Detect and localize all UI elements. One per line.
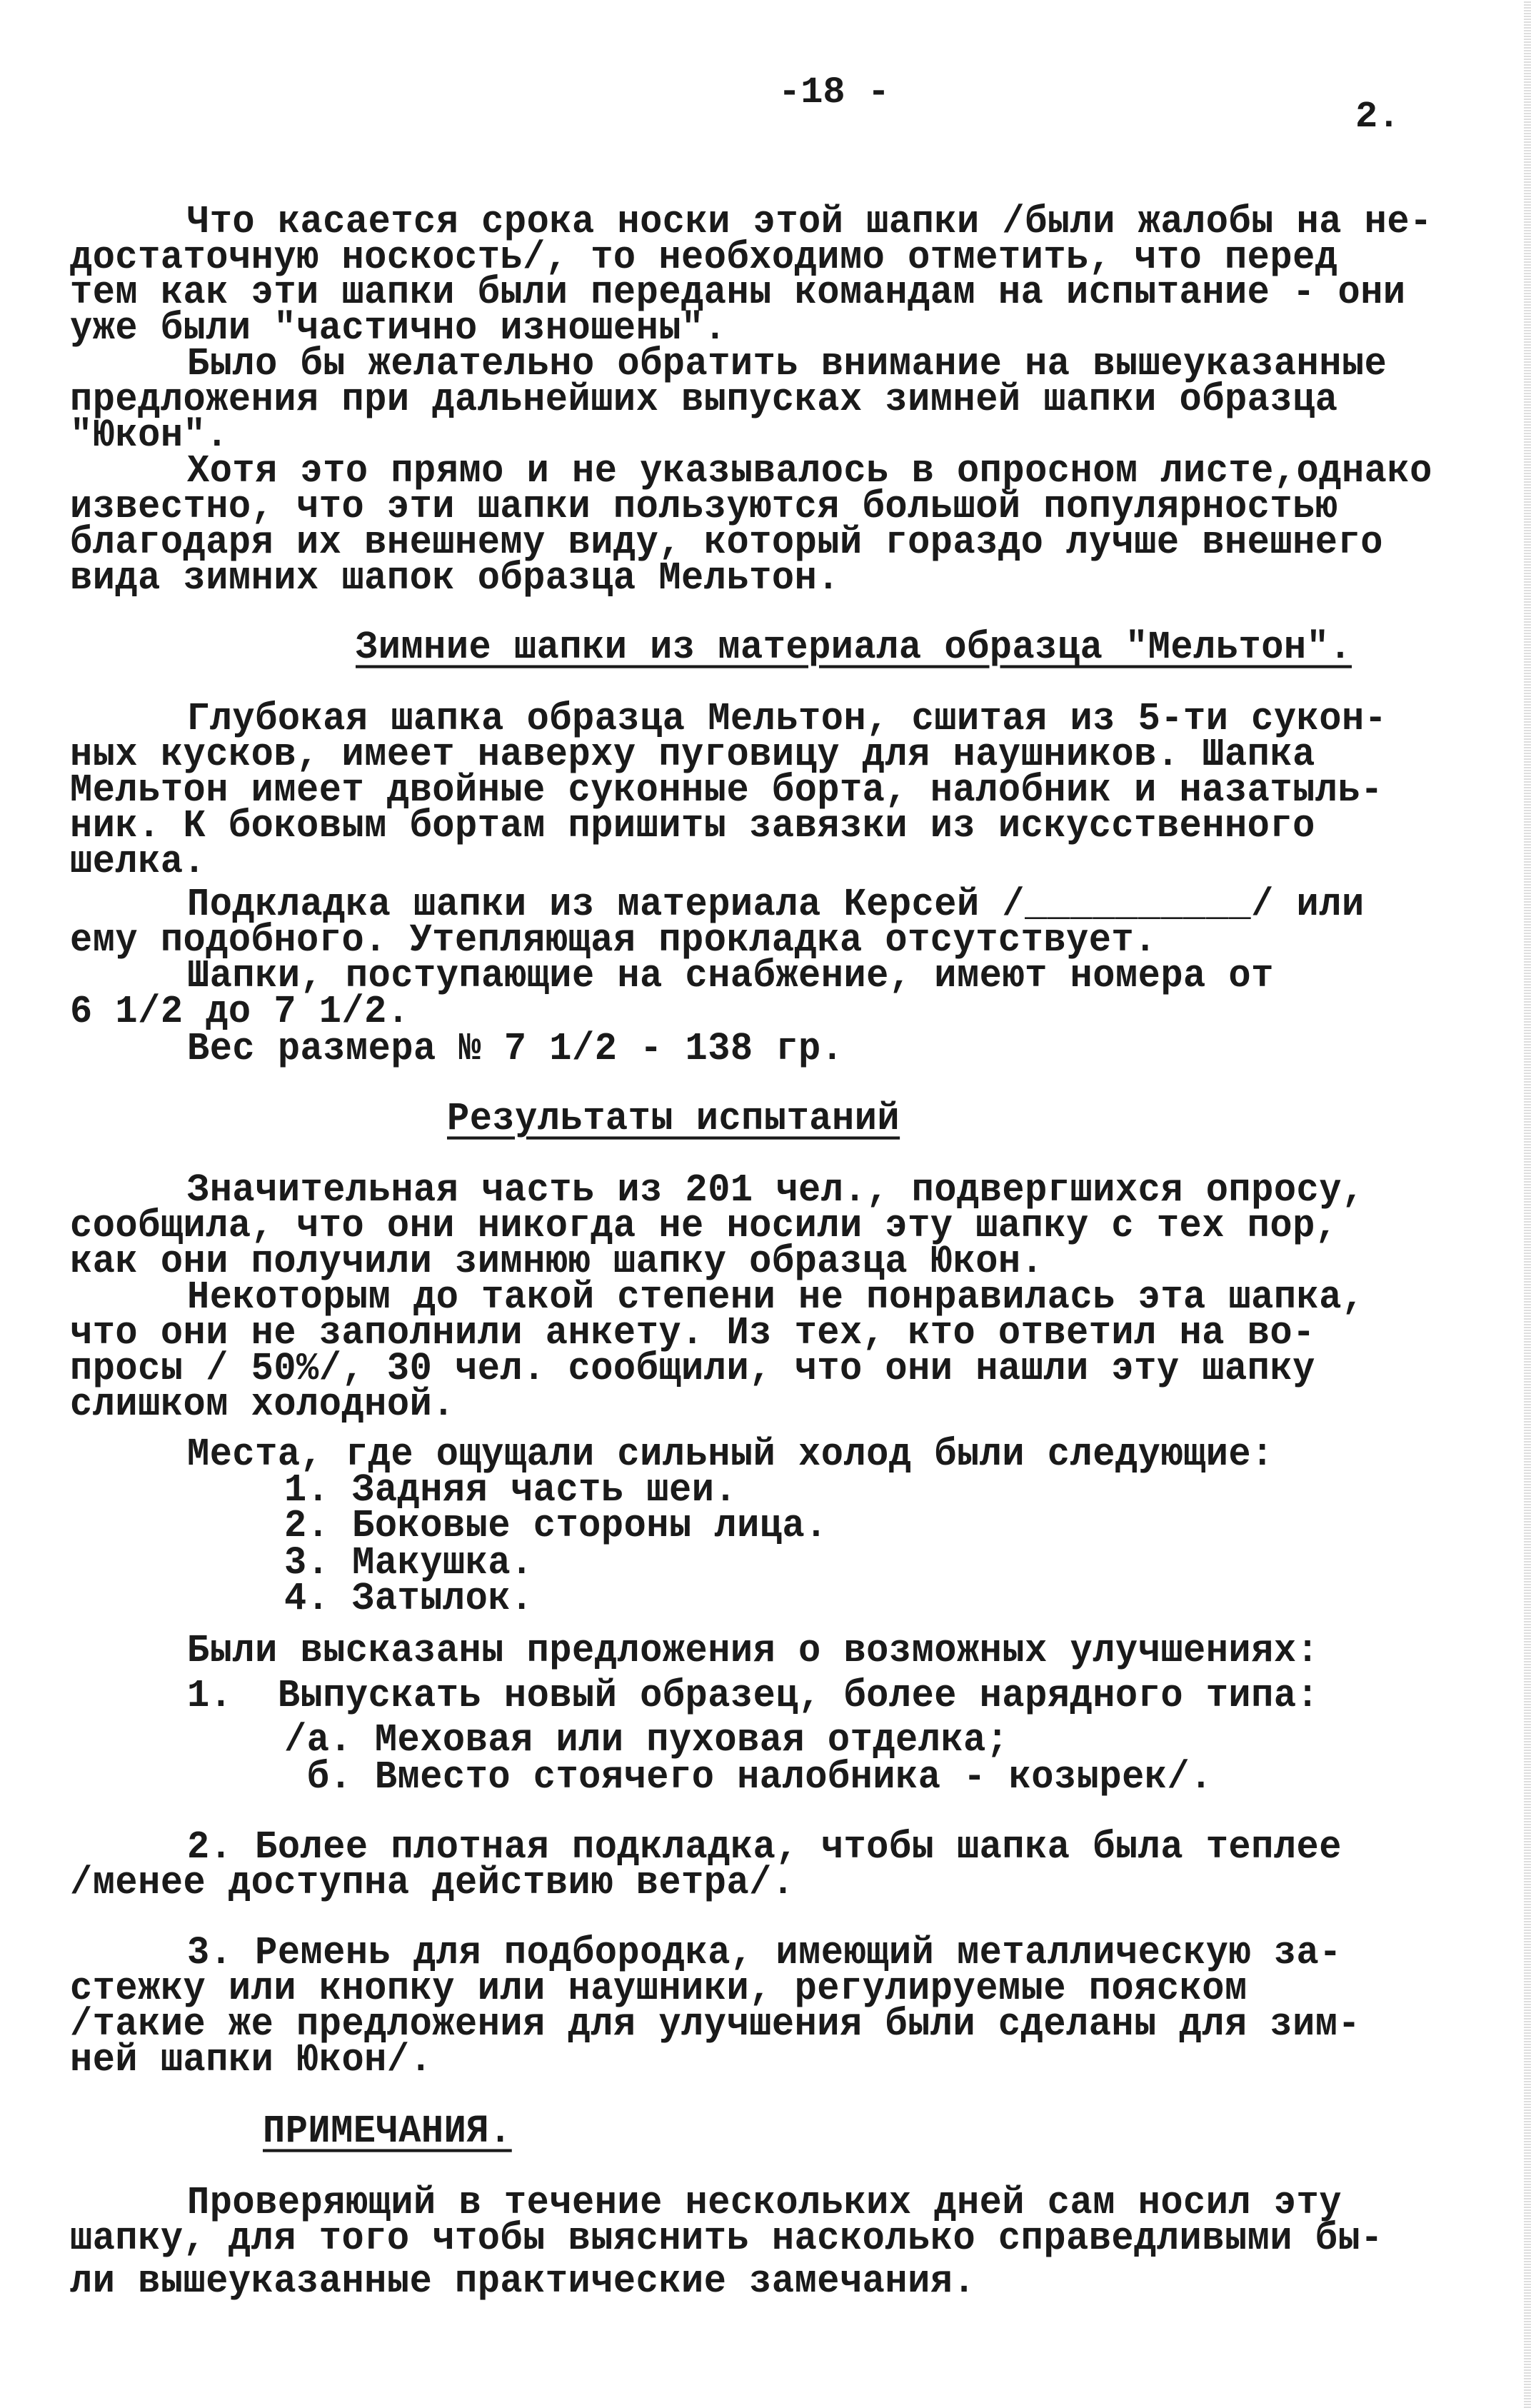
text-line: шелка. — [70, 843, 206, 882]
page-number: -18 - — [778, 71, 890, 114]
list-item: 4. Затылок. — [284, 1580, 533, 1619]
list-item: 1. Выпускать новый образец, более нарядн… — [187, 1677, 1319, 1716]
text-line: ник. К боковым бортам пришиты завязки из… — [70, 807, 1315, 846]
typewritten-page: -18 - 2. Что касается срока носки этой ш… — [0, 0, 1531, 2408]
text-line: ли вышеуказанные практические замечания. — [70, 2262, 975, 2302]
list-item: ней шапки Юкон/. — [70, 2041, 432, 2080]
sheet-number: 2. — [1355, 96, 1400, 138]
list-item: 2. Боковые стороны лица. — [284, 1507, 828, 1546]
scan-edge — [1524, 0, 1531, 2408]
list-item: /а. Меховая или пуховая отделка; — [284, 1721, 1009, 1760]
section-heading-melton: Зимние шапки из материала образца "Мельт… — [356, 628, 1352, 668]
text-line: шапку, для того чтобы выяснить насколько… — [70, 2219, 1383, 2259]
text-line: вида зимних шапок образца Мельтон. — [70, 559, 840, 598]
list-item: б. Вместо стоячего налобника - козырек/. — [284, 1758, 1213, 1797]
text-line: 6 1/2 до 7 1/2. — [70, 993, 410, 1032]
list-item: /менее доступна действию ветра/. — [70, 1864, 795, 1903]
section-heading-notes: ПРИМЕЧАНИЯ. — [263, 2112, 512, 2152]
section-heading-results: Результаты испытаний — [447, 1100, 900, 1139]
text-line: Вес размера № 7 1/2 - 138 гр. — [187, 1030, 843, 1069]
text-line: предложения при дальнейших выпусках зимн… — [70, 381, 1337, 420]
text-line: слишком холодной. — [70, 1385, 455, 1425]
text-line: Были высказаны предложения о возможных у… — [187, 1632, 1319, 1671]
